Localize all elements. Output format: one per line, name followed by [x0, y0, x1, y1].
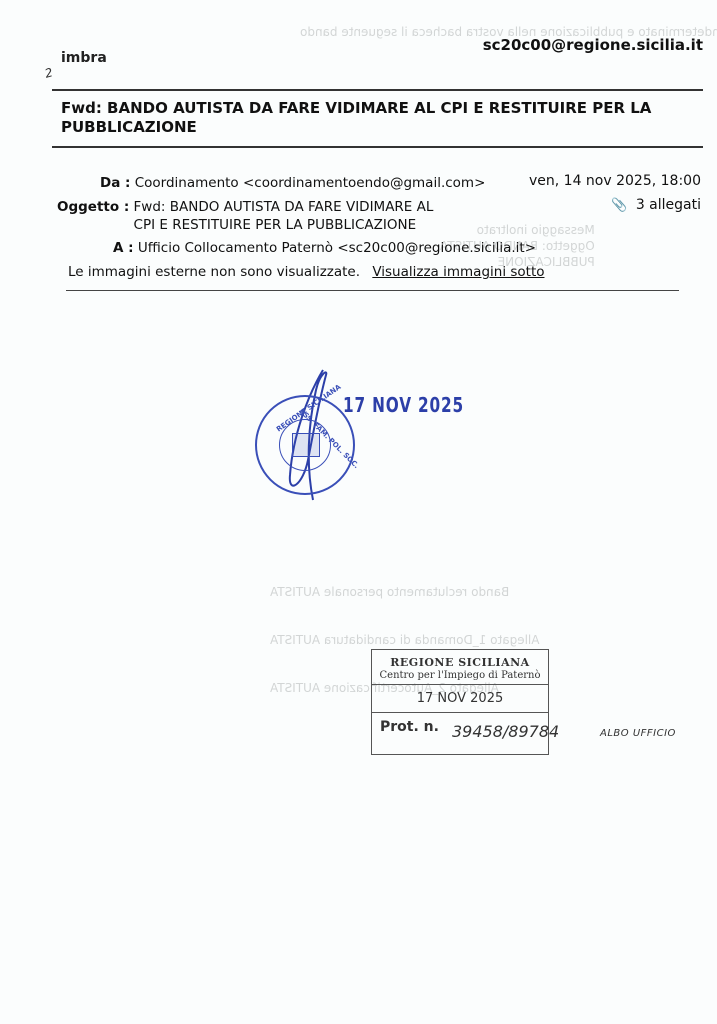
email-date: ven, 14 nov 2025, 18:00 — [529, 172, 701, 190]
email-title: Fwd: BANDO AUTISTA DA FARE VIDIMARE AL C… — [61, 99, 661, 137]
divider — [52, 146, 703, 148]
external-images-text: Le immagini esterne non sono visualizzat… — [68, 264, 360, 280]
protocol-line1: REGIONE SICILIANA — [372, 656, 548, 669]
from-field: Da : Coordinamento <coordinamentoendo@gm… — [100, 174, 485, 192]
to-label: A : — [113, 240, 134, 256]
from-value: Coordinamento <coordinamentoendo@gmail.c… — [135, 175, 486, 191]
show-images-link[interactable]: Visualizza immagini sotto — [372, 264, 544, 280]
bleed-through-text: Allegato 1_Domanda di candidatura AUTIST… — [270, 632, 539, 648]
external-images-notice: Le immagini esterne non sono visualizzat… — [68, 264, 545, 280]
to-field: A : Ufficio Collocamento Paternò <sc20c0… — [113, 239, 536, 257]
attachments-count: 📎 3 allegati — [611, 196, 701, 215]
header-left-label: imbra — [61, 50, 107, 66]
received-date-stamp: 17 NOV 2025 — [343, 393, 464, 417]
protocol-date: 17 NOV 2025 — [372, 691, 548, 713]
subject-field: Oggetto : Fwd: BANDO AUTISTA DA FARE VID… — [57, 198, 477, 234]
subject-value: Fwd: BANDO AUTISTA DA FARE VIDIMARE AL C… — [134, 198, 454, 234]
protocol-line2: Centro per l'Impiego di Paternò — [372, 670, 548, 685]
to-value: Ufficio Collocamento Paternò <sc20c00@re… — [138, 240, 536, 256]
attachments-label: 3 allegati — [636, 197, 701, 213]
divider — [52, 89, 703, 91]
divider — [66, 290, 679, 291]
protocol-note-handwritten: ALBO UFFICIO — [600, 728, 676, 739]
bleed-through-text: Bando reclutamento personale AUTISTA — [270, 584, 509, 600]
paperclip-icon: 📎 — [611, 198, 627, 213]
handwritten-page-number: 2 — [43, 65, 54, 81]
from-label: Da : — [100, 175, 130, 191]
account-email: sc20c00@regione.sicilia.it — [483, 36, 703, 54]
subject-label: Oggetto : — [57, 199, 129, 215]
official-round-stamp: REGIONE SICILIANA ASS. FAM. POL. SOC. — [255, 395, 355, 495]
emblem-icon — [292, 433, 320, 457]
scanned-email-page: reimpiego, tempo indeterminato e pubblic… — [0, 0, 717, 1024]
protocol-number-handwritten: 39458/89784 — [452, 722, 559, 741]
